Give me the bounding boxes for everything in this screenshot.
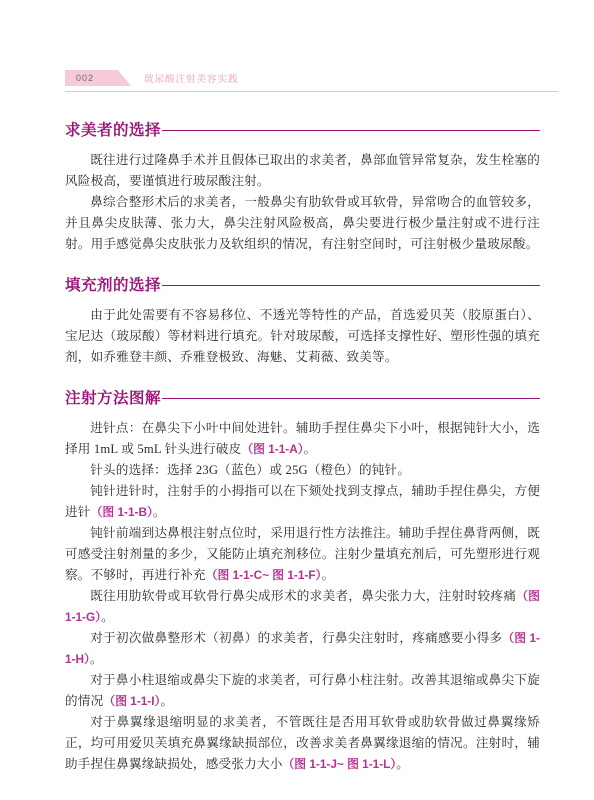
text-run: 由于此处需要有不容易移位、不透光等特性的产品，首选爱贝芙（胶原蛋白）、宝尼达（玻… (65, 308, 540, 364)
section-heading: 填充剂的选择 (65, 273, 540, 295)
figure-reference: （图 1-1-I） (103, 694, 160, 708)
paragraph: 鼻综合整形术后的求美者，一般鼻尖有肋软骨或耳软骨，异常吻合的血管较多，并且鼻尖皮… (65, 192, 540, 255)
text-run: 。 (321, 568, 334, 582)
text-run: 。 (160, 694, 173, 708)
paragraph: 钝针前端到达鼻根注射点位时，采用退行性方法推注。辅助手捏住鼻背两侧，既可感受注射… (65, 523, 540, 586)
figure-reference: （图 1-1-J~ 图 1-1-L） (283, 757, 397, 771)
paragraph: 针头的选择：选择 23G（蓝色）或 25G（橙色）的钝针。 (65, 460, 540, 481)
text-run: 对于初次做鼻整形术（初鼻）的求美者，行鼻尖注射时，疼痛感要小得多 (90, 631, 502, 645)
paragraph: 对于鼻小柱退缩或鼻尖下旋的求美者，可行鼻小柱注射。改善其退缩或鼻尖下旋的情况（图… (65, 670, 540, 712)
paragraph: 对于鼻翼缘退缩明显的求美者，不管既往是否用耳软骨或肋软骨做过鼻翼缘矫正，均可用爱… (65, 712, 540, 775)
page-number-tab: 002 (65, 70, 131, 86)
figure-reference: （图 1-1-B） (91, 505, 153, 519)
paragraph: 由于此处需要有不容易移位、不透光等特性的产品，首选爱贝芙（胶原蛋白）、宝尼达（玻… (65, 305, 540, 368)
running-book-title: 玻尿酸注射美容实践 (144, 71, 239, 85)
text-run: 针头的选择：选择 23G（蓝色）或 25G（橙色）的钝针。 (90, 463, 410, 477)
figure-reference: （图 1-1-A） (241, 442, 303, 456)
text-run: 。 (90, 652, 103, 666)
section-heading: 求美者的选择 (65, 118, 540, 140)
figure-reference: （图 1-1-C~ 图 1-1-F） (206, 568, 322, 582)
page-number: 002 (76, 73, 94, 83)
paragraph: 既往用肋软骨或耳软骨行鼻尖成形术的求美者，鼻尖张力大，注射时较疼痛（图 1-1-… (65, 586, 540, 628)
text-run: 既往进行过隆鼻手术并且假体已取出的求美者，鼻部血管异常复杂，发生栓塞的风险极高，… (65, 153, 540, 188)
section-body: 既往进行过隆鼻手术并且假体已取出的求美者，鼻部血管异常复杂，发生栓塞的风险极高，… (65, 150, 540, 255)
running-header: 002 玻尿酸注射美容实践 (65, 70, 558, 92)
text-run: 。 (396, 757, 409, 771)
paragraph: 进针点：在鼻尖下小叶中间处进针。辅助手捏住鼻尖下小叶，根据钝针大小，选择用 1m… (65, 418, 540, 460)
section-candidate-selection: 求美者的选择 既往进行过隆鼻手术并且假体已取出的求美者，鼻部血管异常复杂，发生栓… (65, 118, 540, 255)
book-page: 002 玻尿酸注射美容实践 求美者的选择 既往进行过隆鼻手术并且假体已取出的求美… (0, 0, 594, 800)
paragraph: 对于初次做鼻整形术（初鼻）的求美者，行鼻尖注射时，疼痛感要小得多（图 1-1-H… (65, 628, 540, 670)
section-injection-method: 注射方法图解 进针点：在鼻尖下小叶中间处进针。辅助手捏住鼻尖下小叶，根据钝针大小… (65, 386, 540, 775)
text-run: 。 (153, 505, 166, 519)
text-run: 鼻综合整形术后的求美者，一般鼻尖有肋软骨或耳软骨，异常吻合的血管较多，并且鼻尖皮… (65, 195, 540, 251)
text-run: 既往用肋软骨或耳软骨行鼻尖成形术的求美者，鼻尖张力大，注射时较疼痛 (90, 589, 516, 603)
section-heading: 注射方法图解 (65, 386, 540, 408)
section-body: 由于此处需要有不容易移位、不透光等特性的产品，首选爱贝芙（胶原蛋白）、宝尼达（玻… (65, 305, 540, 368)
paragraph: 钝针进针时，注射手的小拇指可以在下颏处找到支撑点，辅助手捏住鼻尖，方便进针（图 … (65, 481, 540, 523)
section-body: 进针点：在鼻尖下小叶中间处进针。辅助手捏住鼻尖下小叶，根据钝针大小，选择用 1m… (65, 418, 540, 775)
text-run: 。 (101, 610, 114, 624)
section-filler-selection: 填充剂的选择 由于此处需要有不容易移位、不透光等特性的产品，首选爱贝芙（胶原蛋白… (65, 273, 540, 368)
text-run: 。 (304, 442, 317, 456)
paragraph: 既往进行过隆鼻手术并且假体已取出的求美者，鼻部血管异常复杂，发生栓塞的风险极高，… (65, 150, 540, 192)
